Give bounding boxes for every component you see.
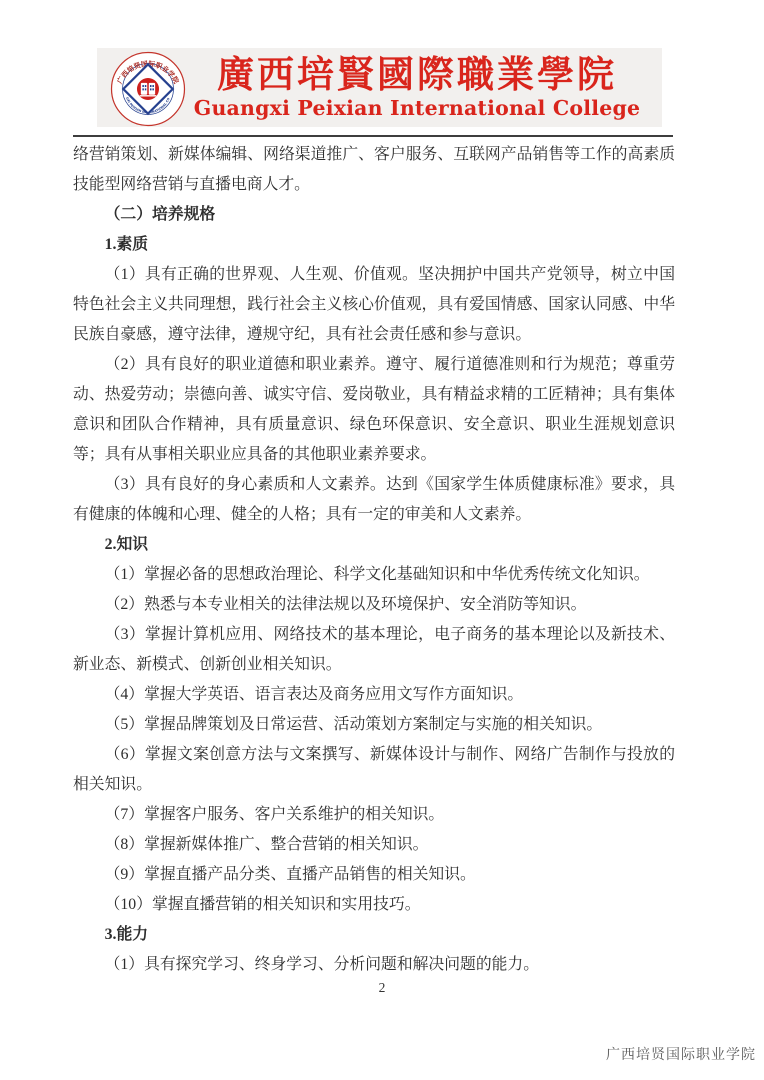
paragraph-13: （7）掌握客户服务、客户关系维护的相关知识。 [73,800,675,830]
paragraph-17: 3.能力 [73,920,675,950]
college-titles: 廣西培賢國際職業學院 Guangxi Peixian International… [186,55,662,120]
paragraph-7: （1）掌握必备的思想政治理论、科学文化基础知识和中华优秀传统文化知识。 [73,560,675,590]
paragraph-4: （2）具有良好的职业道德和职业素养。遵守、履行道德准则和行为规范；尊重劳动、热爱… [73,350,675,470]
college-seal-icon: 广西培贤国际职业学院 GUANGXI PEIXIAN INTERNATIONAL… [110,51,186,127]
page-number: 2 [0,980,764,996]
paragraph-15: （9）掌握直播产品分类、直播产品销售的相关知识。 [73,860,675,890]
paragraph-0: 络营销策划、新媒体编辑、网络渠道推广、客户服务、互联网产品销售等工作的高素质技能… [73,140,675,200]
paragraph-11: （5）掌握品牌策划及日常运营、活动策划方案制定与实施的相关知识。 [73,710,675,740]
college-title-english: Guangxi Peixian International College [186,96,648,120]
paragraph-1: （二）培养规格 [73,200,675,230]
paragraph-2: 1.素质 [73,230,675,260]
paragraph-3: （1）具有正确的世界观、人生观、价值观。坚决拥护中国共产党领导，树立中国特色社会… [73,260,675,350]
paragraph-12: （6）掌握文案创意方法与文案撰写、新媒体设计与制作、网络广告制作与投放的相关知识… [73,740,675,800]
paragraph-10: （4）掌握大学英语、语言表达及商务应用文写作方面知识。 [73,680,675,710]
paragraph-6: 2.知识 [73,530,675,560]
paragraph-18: （1）具有探究学习、终身学习、分析问题和解决问题的能力。 [73,950,675,980]
paragraph-8: （2）熟悉与本专业相关的法律法规以及环境保护、安全消防等知识。 [73,590,675,620]
header-banner: 广西培贤国际职业学院 GUANGXI PEIXIAN INTERNATIONAL… [97,48,662,127]
paragraph-14: （8）掌握新媒体推广、整合营销的相关知识。 [73,830,675,860]
header-rule [73,135,673,137]
college-logo: 广西培贤国际职业学院 GUANGXI PEIXIAN INTERNATIONAL… [110,51,186,127]
paragraph-5: （3）具有良好的身心素质和人文素养。达到《国家学生体质健康标准》要求，具有健康的… [73,470,675,530]
paragraph-16: （10）掌握直播营销的相关知识和实用技巧。 [73,890,675,920]
paragraph-9: （3）掌握计算机应用、网络技术的基本理论，电子商务的基本理论以及新技术、新业态、… [73,620,675,680]
document-page: 广西培贤国际职业学院 GUANGXI PEIXIAN INTERNATIONAL… [0,0,764,1080]
document-body: 络营销策划、新媒体编辑、网络渠道推广、客户服务、互联网产品销售等工作的高素质技能… [73,140,675,980]
logo-center-circle [137,77,159,99]
college-title-chinese: 廣西培賢國際職業學院 [186,55,648,95]
footer-watermark: 广西培贤国际职业学院 [606,1044,756,1064]
